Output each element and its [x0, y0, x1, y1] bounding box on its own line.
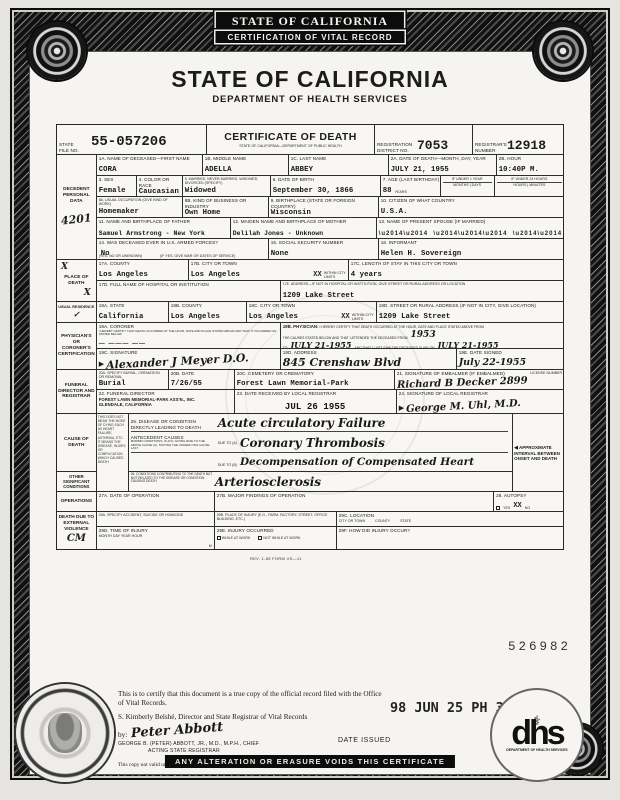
form-sidebar: DECEDENT PERSONAL DATA 4201 X PLACE OF D…: [57, 155, 97, 549]
autopsy-no-mark: XX: [513, 502, 521, 510]
field-middle-name: 1b. MIDDLE NAME ADELLA: [203, 155, 289, 175]
field-accident-suicide-homicide: 29a. SPECIFY ACCIDENT, SUICIDE OR HOMICI…: [97, 512, 215, 526]
field-label: 19c. SIGNATURE: [99, 350, 138, 356]
field-note: I HEREBY CERTIFY THAT DEATH OCCURRED AT …: [99, 330, 278, 337]
blank-dashes: \u2014\u2014 \u2014\u2014\u2014 \u2014\u…: [379, 231, 562, 237]
field-value: 4 years: [351, 271, 562, 279]
field-value: Los Angeles: [99, 271, 186, 279]
state-file-number: 55-057206: [91, 134, 167, 150]
field-label: 20c. CEMETERY OR CREMATORY: [237, 371, 392, 377]
field-value: 845 Crenshaw Blvd: [283, 356, 454, 369]
field-label: 14. WAS DECEASED EVER IN U.S. ARMED FORC…: [99, 240, 266, 246]
row-parents: 11. NAME AND BIRTHPLACE OF FATHER Samuel…: [97, 218, 564, 239]
field-other-conditions: 26. CONDITIONS CONTRIBUTING TO THE DEATH…: [129, 472, 512, 491]
field-label: 28. AUTOPSY: [496, 493, 562, 499]
border-banner-certification: CERTIFICATION OF VITAL RECORD: [216, 31, 405, 43]
field-label: 19e. DATE SIGNED: [459, 350, 562, 356]
field-label: IF UNDER 1 YEAR: [443, 177, 492, 181]
field-local-registrar-signature: 24. SIGNATURE OF LOCAL REGISTRAR ▶ Georg…: [397, 390, 564, 413]
field-if-under-24-hours: IF UNDER 24 HOURS HOURS | MINUTES: [495, 176, 564, 196]
field-label: 17d. FULL NAME OF HOSPITAL OR INSTITUTIO…: [99, 282, 278, 288]
due-to-b-label: DUE TO (b): [218, 463, 237, 467]
last-seen-value: July 21-1955: [437, 340, 498, 348]
field-death-city: 17b. CITY OR TOWN Los Angeles XX WITHIN …: [189, 260, 349, 280]
field-value-2: GLENDALE, CALIFORNIA: [99, 402, 232, 407]
field-sublabel: (IF YES, GIVE WAR OR DATES OF SERVICE): [160, 254, 235, 258]
section-operations: OPERATIONS: [57, 492, 96, 512]
field-label: 13. NAME OF PRESENT SPOUSE (IF MARRIED): [379, 219, 562, 225]
field-label: 10. CITIZEN OF WHAT COUNTRY: [381, 198, 562, 204]
registrars-number-label: REGISTRAR'S NUMBER: [475, 142, 505, 153]
title-department: DEPARTMENT OF HEALTH SERVICES: [0, 94, 620, 105]
field-label: 18a. STATE: [99, 303, 166, 309]
field-label: 18b. COUNTY: [171, 303, 244, 309]
official-title: ACTING STATE REGISTRAR: [148, 748, 386, 755]
field-label: 16. INFORMANT: [381, 240, 562, 246]
field-value: September 30, 1866: [273, 187, 378, 195]
section-decedent-personal-data: DECEDENT PERSONAL DATA 4201: [57, 155, 96, 260]
antecedent-sublabel: MORBID CONDITIONS, IF ANY, GIVING RISE T…: [131, 440, 215, 450]
field-autopsy: 28. AUTOPSY YES XX NO: [494, 492, 564, 511]
field-label: 2b. HOUR: [499, 156, 562, 162]
field-date-of-death: 2a. DATE OF DEATH—MONTH, DAY, YEAR JULY …: [389, 155, 497, 175]
registrar-signature: Peter Abbott: [131, 720, 224, 743]
direct-cause-value: Acute circulatory Failure: [218, 416, 386, 430]
registrar-name-line: S. Kimberly Belshé, Director and State R…: [118, 713, 386, 722]
section-label: OPERATIONS: [61, 499, 92, 505]
field-value: Female: [99, 187, 134, 195]
field-date-of-operation: 27a. DATE OF OPERATION: [97, 492, 215, 511]
dhs-subtitle: DEPARTMENT OF HEALTH SERVICES: [506, 748, 567, 752]
field-value: Los Angeles: [249, 313, 342, 321]
title-state: STATE OF CALIFORNIA: [0, 66, 620, 93]
registration-district-number: 7053: [417, 138, 448, 153]
checkbox-mark: XX: [341, 313, 349, 321]
due-to-a-value: Coronary Thrombosis: [240, 436, 385, 450]
field-coroner: 19a. CORONER I HEREBY CERTIFY THAT DEATH…: [97, 323, 281, 348]
row-registrar: 22. FUNERAL DIRECTOR FOREST LAWN MEMORIA…: [97, 390, 564, 414]
row-sex-race: 3. SEX Female 4. COLOR OR RACE Caucasian…: [97, 176, 564, 197]
form-header-row: STATE FILE NO. 55-057206 CERTIFICATE OF …: [57, 125, 563, 155]
state-file-label: STATE FILE NO.: [59, 142, 85, 153]
field-value: 7/26/55: [171, 380, 232, 388]
field-label: 29e. INJURY OCCURRED: [217, 528, 334, 534]
section-place-of-death: X PLACE OF DEATH X: [57, 260, 96, 302]
while-at-work-checkbox: [217, 536, 221, 540]
field-value: Delilah Jones - Unknown: [233, 230, 374, 237]
field-date-received: 23. DATE RECEIVED BY LOCAL REGISTRAR JUL…: [235, 390, 397, 413]
registration-district-cell: REGISTRATION DISTRICT NO. 7053: [375, 125, 473, 154]
field-label: 6. DATE OF BIRTH: [273, 177, 378, 183]
handwritten-cm-mark: CM: [67, 533, 86, 546]
section-death-external-violence: DEATH DUE TO EXTERNAL VIOLENCE CM: [57, 512, 96, 549]
checkbox-mark: XX: [313, 271, 321, 279]
field-suffix: M: [209, 544, 212, 548]
field-informant: 16. INFORMANT Helen H. Sovereign: [379, 239, 564, 259]
field-color-or-race: 4. COLOR OR RACE Caucasian: [137, 176, 183, 196]
field-value: JULY 21, 1955: [391, 166, 494, 174]
field-label: 18c. CITY OR TOWN: [249, 303, 342, 309]
field-label: 18d. STREET OR RURAL ADDRESS (IF NOT IN …: [379, 303, 562, 309]
field-citizen-of: 10. CITIZEN OF WHAT COUNTRY U.S.A.: [379, 197, 564, 217]
row-disposition: 20a. SPECIFY BURIAL, CREMATION OR REMOVA…: [97, 370, 564, 390]
field-label: 1b. MIDDLE NAME: [205, 156, 286, 162]
field-label: 17e. ADDRESS—IF NOT IN HOSPITAL OR INSTI…: [283, 282, 562, 286]
certify-text-3: AND THAT I LAST SAW THE DECEASED ALIVE O…: [354, 346, 434, 348]
row-certification: 19a. CORONER I HEREBY CERTIFY THAT DEATH…: [97, 323, 564, 349]
field-kind-of-business: 8b. KIND OF BUSINESS OR INDUSTRY Own Hom…: [183, 197, 269, 217]
autopsy-yes-checkbox: [496, 506, 500, 510]
field-marital-status: 5. MARRIED, NEVER MARRIED, WIDOWED, DIVO…: [183, 176, 271, 196]
field-burial: 20a. SPECIFY BURIAL, CREMATION OR REMOVA…: [97, 370, 169, 389]
attended-from-value: 1953: [411, 330, 436, 340]
field-value: Own Home: [185, 209, 266, 217]
field-first-name: 1a. NAME OF DECEASED—FIRST NAME CORA: [97, 155, 203, 175]
section-funeral-director: FUNERAL DIRECTOR AND REGISTRAR: [57, 370, 96, 414]
field-value: California: [99, 313, 166, 321]
border-banner-state: STATE OF CALIFORNIA: [216, 12, 404, 31]
field-if-under-1-year: IF UNDER 1 YEAR MONTHS | DAYS: [441, 176, 495, 196]
field-label: 29a. SPECIFY ACCIDENT, SUICIDE OR HOMICI…: [99, 513, 212, 517]
field-mother: 12. MAIDEN NAME AND BIRTHPLACE OF MOTHER…: [231, 218, 377, 238]
due-to-a-label: DUE TO (a): [218, 441, 237, 445]
row-operations: 27a. DATE OF OPERATION 27b. MAJOR FINDIN…: [97, 492, 564, 512]
field-value: CORA: [99, 166, 200, 174]
field-physician-address: 19d. ADDRESS 845 Crenshaw Blvd: [281, 349, 457, 369]
field-value: Widowed: [185, 187, 268, 195]
field-physician-signature: 19c. SIGNATURE ▶ Alexander J Meyer D.O.: [97, 349, 281, 369]
checkbox-label: WITHIN CITY LIMITS: [324, 271, 346, 279]
row-place-of-death: 17a. COUNTY Los Angeles 17b. CITY OR TOW…: [97, 260, 564, 281]
field-sublabel: MONTH DAY YEAR HOUR: [99, 534, 212, 538]
field-label: 29b. PLACE OF INJURY (E.G., FARM, FACTOR…: [217, 513, 334, 521]
field-label: 27b. MAJOR FINDINGS OF OPERATION: [217, 493, 491, 499]
row-injury-time: 29d. TIME OF INJURY MONTH DAY YEAR HOUR …: [97, 527, 564, 549]
field-label: 12. MAIDEN NAME AND BIRTHPLACE OF MOTHER: [233, 219, 374, 225]
field-age: 7. AGE (LAST BIRTHDAY) 88 YEARS: [381, 176, 441, 196]
field-label: 9. BIRTHPLACE (STATE OR FOREIGN COUNTRY): [271, 198, 376, 209]
row-hospital: 17d. FULL NAME OF HOSPITAL OR INSTITUTIO…: [97, 281, 564, 302]
field-value: 1209 Lake Street: [283, 292, 562, 300]
field-value: Samuel Armstrong - New York: [99, 230, 228, 237]
death-certificate-form: STATE FILE NO. 55-057206 CERTIFICATE OF …: [56, 124, 564, 550]
field-physician-certify: 19b. PHYSICIAN: I HEREBY CERTIFY THAT DE…: [281, 323, 564, 348]
row-name: 1a. NAME OF DECEASED—FIRST NAME CORA 1b.…: [97, 155, 564, 176]
corner-rosette-top-left: [28, 22, 86, 80]
field-value: Los Angeles: [171, 313, 244, 321]
field-label: 20b. DATE: [171, 371, 232, 377]
document-title: STATE OF CALIFORNIA DEPARTMENT OF HEALTH…: [0, 66, 620, 105]
section-label: DEATH DUE TO EXTERNAL VIOLENCE: [58, 515, 95, 533]
field-value: No: [101, 250, 110, 258]
field-residence-state: 18a. STATE California: [97, 302, 169, 322]
field-date-signed: 19e. DATE SIGNED July 22-1955: [457, 349, 564, 369]
handwritten-margin-number: 4201: [60, 212, 92, 229]
option-label: NOT WHILE AT WORK: [263, 536, 300, 540]
cause-content: 25. DISEASE OR CONDITION DIRECTLY LEADIN…: [129, 414, 512, 491]
field-value: Helen H. Sovereign: [381, 250, 562, 258]
field-how-injury-occurred: 29f. HOW DID INJURY OCCUR?: [337, 527, 564, 549]
field-social-security: 15. SOCIAL SECURITY NUMBER None: [269, 239, 379, 259]
field-value: 1209 Lake Street: [379, 313, 562, 321]
certificate-title: CERTIFICATE OF DEATH: [224, 131, 356, 143]
field-label: 8b. KIND OF BUSINESS OR INDUSTRY: [185, 198, 266, 209]
certificate-title-cell: CERTIFICATE OF DEATH STATE OF CALIFORNIA…: [207, 125, 375, 154]
field-label: 25. DISEASE OR CONDITION DIRECTLY LEADIN…: [131, 419, 215, 430]
field-embalmer-signature: 21. SIGNATURE OF EMBALMER (IF EMBALMED) …: [395, 370, 564, 389]
field-label: 17c. LENGTH OF STAY IN THIS CITY OR TOWN: [351, 261, 562, 267]
dhs-letters: dhs: [511, 720, 562, 747]
field-hospital-name: 17d. FULL NAME OF HOSPITAL OR INSTITUTIO…: [97, 281, 281, 301]
date-received-stamp: JUL 26 1955: [285, 402, 346, 412]
field-value: Wisconsin: [271, 209, 376, 217]
field-value: Arteriosclerosis: [215, 475, 321, 489]
field-label: 27a. DATE OF OPERATION: [99, 493, 212, 499]
blank-dashes: — ——— ——: [99, 341, 278, 347]
border-banner-alteration: ANY ALTERATION OR ERASURE VOIDS THIS CER…: [165, 755, 455, 768]
row-cause-of-death: THIS DOES NOT MEAN THE MODE OF DYING SUC…: [97, 414, 564, 492]
registrars-number-cell: REGISTRAR'S NUMBER 12918: [473, 125, 563, 154]
certify-text-1: I HEREBY CERTIFY THAT DEATH OCCURRED AT …: [320, 325, 484, 329]
field-value: Homemaker: [99, 208, 180, 216]
section-label: CAUSE OF DEATH: [58, 437, 95, 449]
field-label: 20a. SPECIFY BURIAL, CREMATION OR REMOVA…: [99, 371, 166, 379]
field-label: 1c. LAST NAME: [291, 156, 386, 162]
field-sublabel: CITY OR TOWN COUNTY STATE: [339, 519, 562, 523]
field-value: Caucasian: [139, 188, 180, 196]
row-usual-residence: 18a. STATE California 18b. COUNTY Los An…: [97, 302, 564, 323]
section-label: PHYSICIAN'S OR CORONER'S CERTIFICATION: [58, 334, 95, 358]
row-injury-place: 29a. SPECIFY ACCIDENT, SUICIDE OR HOMICI…: [97, 512, 564, 527]
field-date-of-birth: 6. DATE OF BIRTH September 30, 1866: [271, 176, 381, 196]
option-label: WHILE AT WORK: [222, 536, 251, 540]
signature-arrow-icon: ▶: [99, 360, 104, 368]
section-label: OTHER SIGNIFICANT CONDITIONS: [58, 474, 95, 490]
section-physicians-certification: PHYSICIAN'S OR CORONER'S CERTIFICATION: [57, 323, 96, 370]
by-label: by:: [118, 731, 127, 740]
certify-text-to: TO: [283, 346, 288, 348]
field-value: ABBEY: [291, 166, 386, 174]
row-armed-forces: 14. WAS DECEASED EVER IN U.S. ARMED FORC…: [97, 239, 564, 260]
state-seal: [16, 684, 114, 782]
certificate-subtitle: STATE OF CALIFORNIA—DEPARTMENT OF PUBLIC…: [239, 144, 341, 148]
field-label: 3. SEX: [99, 177, 134, 183]
field-armed-forces: 14. WAS DECEASED EVER IN U.S. ARMED FORC…: [97, 239, 269, 259]
field-usual-occupation: 8a. USUAL OCCUPATION (GIVE KIND OF WORK)…: [97, 197, 183, 217]
cause-note-text: THIS DOES NOT MEAN THE MODE OF DYING SUC…: [98, 415, 126, 464]
field-label: 17a. COUNTY: [99, 261, 186, 267]
handwritten-x-mark-2: X: [84, 288, 91, 299]
field-label: IF UNDER 24 HOURS: [497, 177, 562, 181]
field-value: U.S.A.: [381, 208, 562, 216]
corner-rosette-top-right: [534, 22, 592, 80]
field-death-county: 17a. COUNTY Los Angeles: [97, 260, 189, 280]
dhs-logo: ⚕ dhs DEPARTMENT OF HEALTH SERVICES: [492, 690, 582, 780]
field-value: Burial: [99, 380, 166, 388]
field-value: ADELLA: [205, 166, 286, 174]
field-value: 10:40P M.: [499, 166, 562, 174]
field-injury-occurred: 29e. INJURY OCCURRED WHILE AT WORK NOT W…: [215, 527, 337, 549]
field-label: 7. AGE (LAST BIRTHDAY): [383, 177, 440, 183]
field-residence-street: 18d. STREET OR RURAL ADDRESS (IF NOT IN …: [377, 302, 564, 322]
section-label: FUNERAL DIRECTOR AND REGISTRAR: [58, 383, 95, 401]
field-injury-location: 29c. LOCATION CITY OR TOWN COUNTY STATE: [337, 512, 564, 526]
serial-number: 526982: [508, 640, 571, 654]
field-residence-city: 18c. CITY OR TOWN Los Angeles XX WITHIN …: [247, 302, 377, 322]
field-hour-of-death: 2b. HOUR 10:40P M.: [497, 155, 564, 175]
interval-column: ◀APPROXIMATE INTERVAL BETWEEN ONSET AND …: [512, 414, 564, 491]
section-label: DECEDENT PERSONAL DATA: [58, 187, 95, 205]
field-last-name: 1c. LAST NAME ABBEY: [289, 155, 389, 175]
field-birthplace: 9. BIRTHPLACE (STATE OR FOREIGN COUNTRY)…: [269, 197, 379, 217]
field-value: 88: [383, 187, 392, 195]
field-label: 17b. CITY OR TOWN: [191, 261, 314, 267]
due-to-b-value: Decompensation of Compensated Heart: [240, 456, 474, 468]
date-issued-label: DATE ISSUED: [338, 737, 391, 744]
field-label: 24. SIGNATURE OF LOCAL REGISTRAR: [399, 391, 488, 397]
field-label: 23. DATE RECEIVED BY LOCAL REGISTRAR: [237, 391, 394, 397]
field-label: 5. MARRIED, NEVER MARRIED, WIDOWED, DIVO…: [185, 177, 268, 185]
field-father: 11. NAME AND BIRTHPLACE OF FATHER Samuel…: [97, 218, 231, 238]
section-cause-of-death: CAUSE OF DEATH: [57, 414, 96, 472]
field-sublabel: HOURS | MINUTES: [497, 182, 562, 187]
attended-to-value: July 21-1955: [290, 340, 351, 348]
field-time-of-injury: 29d. TIME OF INJURY MONTH DAY YEAR HOUR …: [97, 527, 215, 549]
row-occupation: 8a. USUAL OCCUPATION (GIVE KIND OF WORK)…: [97, 197, 564, 218]
field-label: 19b. PHYSICIAN:: [283, 324, 319, 329]
not-while-at-work-checkbox: [258, 536, 262, 540]
field-label: 4. COLOR OR RACE: [139, 177, 180, 188]
field-label: 8a. USUAL OCCUPATION (GIVE KIND OF WORK): [99, 198, 180, 206]
autopsy-no-label: NO: [525, 506, 530, 510]
field-label: 26. CONDITIONS CONTRIBUTING TO THE DEATH…: [131, 473, 215, 490]
field-value: None: [271, 250, 376, 258]
field-label: 29f. HOW DID INJURY OCCUR?: [339, 528, 562, 534]
field-label: 2a. DATE OF DEATH—MONTH, DAY, YEAR: [391, 156, 494, 162]
field-place-of-injury: 29b. PLACE OF INJURY (E.G., FARM, FACTOR…: [215, 512, 337, 526]
field-value: Los Angeles: [191, 271, 314, 279]
certificate-page: STATE OF CALIFORNIA CERTIFICATION OF VIT…: [0, 0, 620, 800]
form-revision-note: REV. 1-55 FORM VS—11: [250, 556, 302, 561]
interval-label: APPROXIMATE INTERVAL BETWEEN ONSET AND D…: [514, 445, 560, 461]
field-funeral-director: 22. FUNERAL DIRECTOR FOREST LAWN MEMORIA…: [97, 390, 235, 413]
field-label: 15. SOCIAL SECURITY NUMBER: [271, 240, 376, 246]
field-label: 11. NAME AND BIRTHPLACE OF FATHER: [99, 219, 228, 225]
state-file-cell: STATE FILE NO. 55-057206: [57, 125, 207, 154]
checkbox-label: WITHIN CITY LIMITS: [352, 313, 374, 321]
field-sublabel: MONTHS | DAYS: [443, 182, 492, 187]
section-other-significant-conditions: OTHER SIGNIFICANT CONDITIONS: [57, 472, 96, 492]
field-sex: 3. SEX Female: [97, 176, 137, 196]
field-residence-county: 18b. COUNTY Los Angeles: [169, 302, 247, 322]
field-cemetery: 20c. CEMETERY OR CREMATORY Forest Lawn M…: [235, 370, 395, 389]
field-length-of-stay: 17c. LENGTH OF STAY IN THIS CITY OR TOWN…: [349, 260, 564, 280]
handwritten-x-mark: X: [61, 262, 68, 273]
registration-district-label: REGISTRATION DISTRICT NO.: [377, 142, 415, 153]
field-death-address: 17e. ADDRESS—IF NOT IN HOSPITAL OR INSTI…: [281, 281, 564, 301]
field-label: 1a. NAME OF DECEASED—FIRST NAME: [99, 156, 200, 162]
handwritten-check-mark: ✓: [73, 309, 80, 319]
section-label: PLACE OF DEATH: [58, 275, 95, 287]
section-usual-residence: USUAL RESIDENCE ✓: [57, 302, 96, 323]
form-main: 1a. NAME OF DECEASED—FIRST NAME CORA 1b.…: [97, 155, 564, 549]
certify-statement: This is to certify that this document is…: [118, 690, 386, 709]
seal-figure: [48, 713, 82, 753]
field-value: George M. Uhl, M.D.: [406, 398, 521, 413]
signature-arrow-icon: ▶: [399, 404, 404, 412]
cause-note-column: THIS DOES NOT MEAN THE MODE OF DYING SUC…: [97, 414, 129, 491]
row-physician-signature: 19c. SIGNATURE ▶ Alexander J Meyer D.O. …: [97, 349, 564, 370]
field-value: Forest Lawn Memorial-Park: [237, 380, 392, 388]
field-major-findings: 27b. MAJOR FINDINGS OF OPERATION: [215, 492, 494, 511]
field-value: July 22-1955: [459, 357, 562, 368]
field-disposition-date: 20b. DATE 7/26/55: [169, 370, 235, 389]
field-present-spouse: 13. NAME OF PRESENT SPOUSE (IF MARRIED) …: [377, 218, 564, 238]
form-body: DECEDENT PERSONAL DATA 4201 X PLACE OF D…: [57, 155, 563, 549]
field-unit: YEARS: [395, 190, 407, 194]
registrars-number: 12918: [507, 138, 546, 153]
autopsy-yes-label: YES: [503, 506, 510, 510]
